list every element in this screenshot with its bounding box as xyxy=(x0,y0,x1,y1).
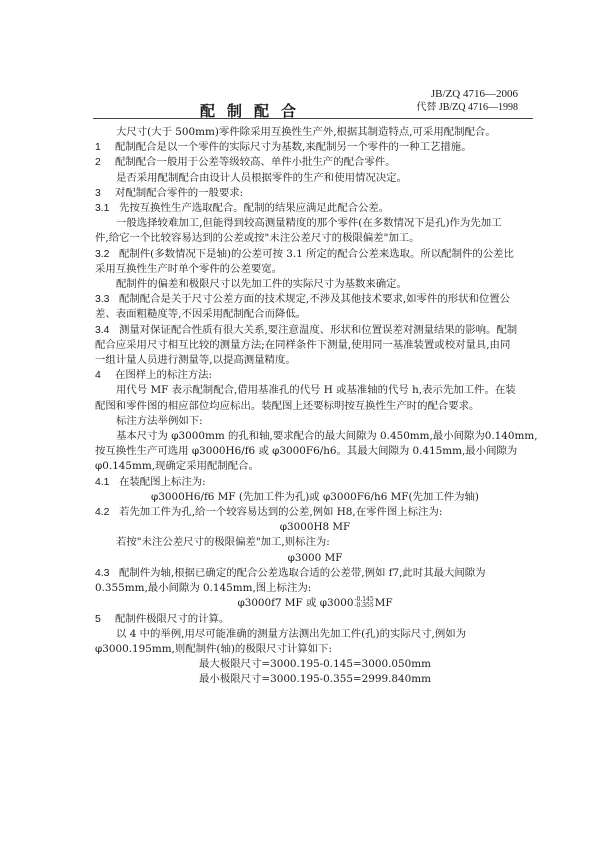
formula-assembly: φ3000H6/f6 MF (先加工件为孔)或 φ3000F6/h6 MF(先加… xyxy=(95,490,535,505)
lower-deviation: -0.355 xyxy=(354,603,373,609)
section-1: 1配制配合是以一个零件的实际尺寸为基数,来配制另一个零件的一种工艺措施。 xyxy=(95,140,535,155)
section-number: 1 xyxy=(95,140,115,155)
formula-f7: φ3000f7 MF 或 φ3000-0.145-0.355MF xyxy=(95,596,535,611)
section-text: 先按互换性生产选取配合。配制的结果应满足此配合公差。 xyxy=(119,202,389,214)
section-4-example-cont: φ0.145mm,现确定采用配制配合。 xyxy=(95,459,535,474)
tolerance-deviations: -0.145-0.355 xyxy=(354,597,373,609)
section-4-1: 4.1在装配图上标注为: xyxy=(95,475,535,490)
section-number: 4.3 xyxy=(95,566,119,581)
section-4: 4在图样上的标注方法: xyxy=(95,368,535,383)
section-4-3: 4.3配制件为轴,根据已确定的配合公差选取合适的公差带,例如 f7,此时其最大间… xyxy=(95,566,535,581)
document-body: 大尺寸(大于 500mm)零件除采用互换性生产外,根据其制造特点,可采用配制配合… xyxy=(95,125,535,688)
min-limit-formula: 最小极限尺寸=3000.195-0.355=2999.840mm xyxy=(95,672,535,687)
section-3-1-para: 一般选择较难加工,但能得到较高测量精度的那个零件(在多数情况下是孔)作为先加工 xyxy=(95,216,535,231)
section-4-para-cont: 配图和零件图的相应部位均应标出。装配图上还要标明按互换性生产时的配合要求。 xyxy=(95,399,535,414)
section-number: 3.2 xyxy=(95,247,119,262)
section-number: 2 xyxy=(95,155,115,170)
section-3-1: 3.1先按互换性生产选取配合。配制的结果应满足此配合公差。 xyxy=(95,201,535,216)
formula-h8: φ3000H8 MF xyxy=(95,520,535,535)
section-number: 3.3 xyxy=(95,292,119,307)
formula-part: MF xyxy=(375,597,393,609)
section-4-example-cont: 按互换性生产可选用 φ3000H6/f6 或 φ3000F6/h6。其最大间隙为… xyxy=(95,444,535,459)
section-text: 对配制配合零件的一般要求: xyxy=(115,187,243,199)
section-number: 4.1 xyxy=(95,475,119,490)
section-4-para: 用代号 MF 表示配制配合,借用基准孔的代号 H 或基准轴的代号 h,表示先加工… xyxy=(95,383,535,398)
section-text: 在图样上的标注方法: xyxy=(115,369,212,381)
section-number: 3.1 xyxy=(95,201,119,216)
section-3: 3对配制配合零件的一般要求: xyxy=(95,186,535,201)
section-text: 配制件极限尺寸的计算。 xyxy=(115,613,229,625)
section-text: 若先加工件为孔,给一个较容易达到的公差,例如 H8,在零件图上标注为: xyxy=(119,506,442,518)
max-limit-formula: 最大极限尺寸=3000.195-0.145=3000.050mm xyxy=(95,657,535,672)
section-number: 4 xyxy=(95,368,115,383)
section-4-example-label: 标注方法举例如下: xyxy=(95,414,535,429)
section-2: 2配制配合一般用于公差等级较高、单件小批生产的配合零件。 xyxy=(95,155,535,170)
section-3-2: 3.2配制件(多数情况下是轴)的公差可按 3.1 所定的配合公差来选取。所以配制… xyxy=(95,247,535,262)
standard-number: JB/ZQ 4716—2006 xyxy=(431,87,518,101)
section-3-2-note: 配制件的偏差和极限尺寸以先加工件的实际尺寸为基数来确定。 xyxy=(95,277,535,292)
intro-paragraph: 大尺寸(大于 500mm)零件除采用互换性生产外,根据其制造特点,可采用配制配合… xyxy=(95,125,535,140)
section-text: 配制件为轴,根据已确定的配合公差选取合适的公差带,例如 f7,此时其最大间隙为 xyxy=(119,567,486,579)
section-text: 在装配图上标注为: xyxy=(119,476,206,488)
section-number: 3 xyxy=(95,186,115,201)
section-number: 5 xyxy=(95,612,115,627)
section-text: 配制配合一般用于公差等级较高、单件小批生产的配合零件。 xyxy=(115,156,396,168)
section-number: 3.4 xyxy=(95,323,119,338)
section-5: 5配制件极限尺寸的计算。 xyxy=(95,612,535,627)
section-3-4: 3.4测量对保证配合性质有很大关系,要注意温度、形状和位置误差对测量结果的影响。… xyxy=(95,323,535,338)
section-text: 配制件(多数情况下是轴)的公差可按 3.1 所定的配合公差来选取。所以配制件的公… xyxy=(119,248,514,260)
section-4-example: 基本尺寸为 φ3000mm 的孔和轴,要求配合的最大间隙为 0.450mm,最小… xyxy=(95,429,535,444)
section-number: 4.2 xyxy=(95,505,119,520)
replaces-standard: 代替 JB/ZQ 4716—1998 xyxy=(416,101,518,115)
section-5-para-cont: φ3000.195mm,则配制件(轴)的极限尺寸计算如下: xyxy=(95,642,535,657)
section-text: 配制配合是以一个零件的实际尺寸为基数,来配制另一个零件的一种工艺措施。 xyxy=(115,141,472,153)
section-4-2: 4.2若先加工件为孔,给一个较容易达到的公差,例如 H8,在零件图上标注为: xyxy=(95,505,535,520)
section-4-3-cont: 0.355mm,最小间隙为 0.145mm,图上标注为: xyxy=(95,581,535,596)
section-5-para: 以 4 中的举例,用尽可能准确的测量方法测出先加工件(孔)的实际尺寸,例如为 xyxy=(95,627,535,642)
section-3-1-para-cont: 件,给它一个比较容易达到的公差或按"未注公差尺寸的极限偏差"加工。 xyxy=(95,231,535,246)
section-3-2-cont: 采用互换性生产时单个零件的公差要宽。 xyxy=(95,262,535,277)
formula-untoleranced: φ3000 MF xyxy=(95,551,535,566)
section-text: 测量对保证配合性质有很大关系,要注意温度、形状和位置误差对测量结果的影响。配制 xyxy=(119,324,517,336)
header-rule xyxy=(93,118,533,119)
section-2-note: 是否采用配制配合由设计人员根据零件的生产和使用情况决定。 xyxy=(95,171,535,186)
section-4-2-note: 若按"未注公差尺寸的极限偏差"加工,则标注为: xyxy=(95,535,535,550)
section-text: 配制配合是关于尺寸公差方面的技术规定,不涉及其他技术要求,如零件的形状和位置公 xyxy=(119,293,510,305)
section-3-4-cont: 配合应采用尺寸相互比较的测量方法;在同样条件下测量,使用同一基准装置或校对量具,… xyxy=(95,338,535,353)
section-3-3: 3.3配制配合是关于尺寸公差方面的技术规定,不涉及其他技术要求,如零件的形状和位… xyxy=(95,292,535,307)
formula-part: φ3000f7 MF 或 φ3000 xyxy=(237,597,353,609)
section-3-3-cont: 差、表面粗糙度等,不因采用配制配合而降低。 xyxy=(95,307,535,322)
section-3-4-cont: 一组计量人员进行测量等,以提高测量精度。 xyxy=(95,353,535,368)
